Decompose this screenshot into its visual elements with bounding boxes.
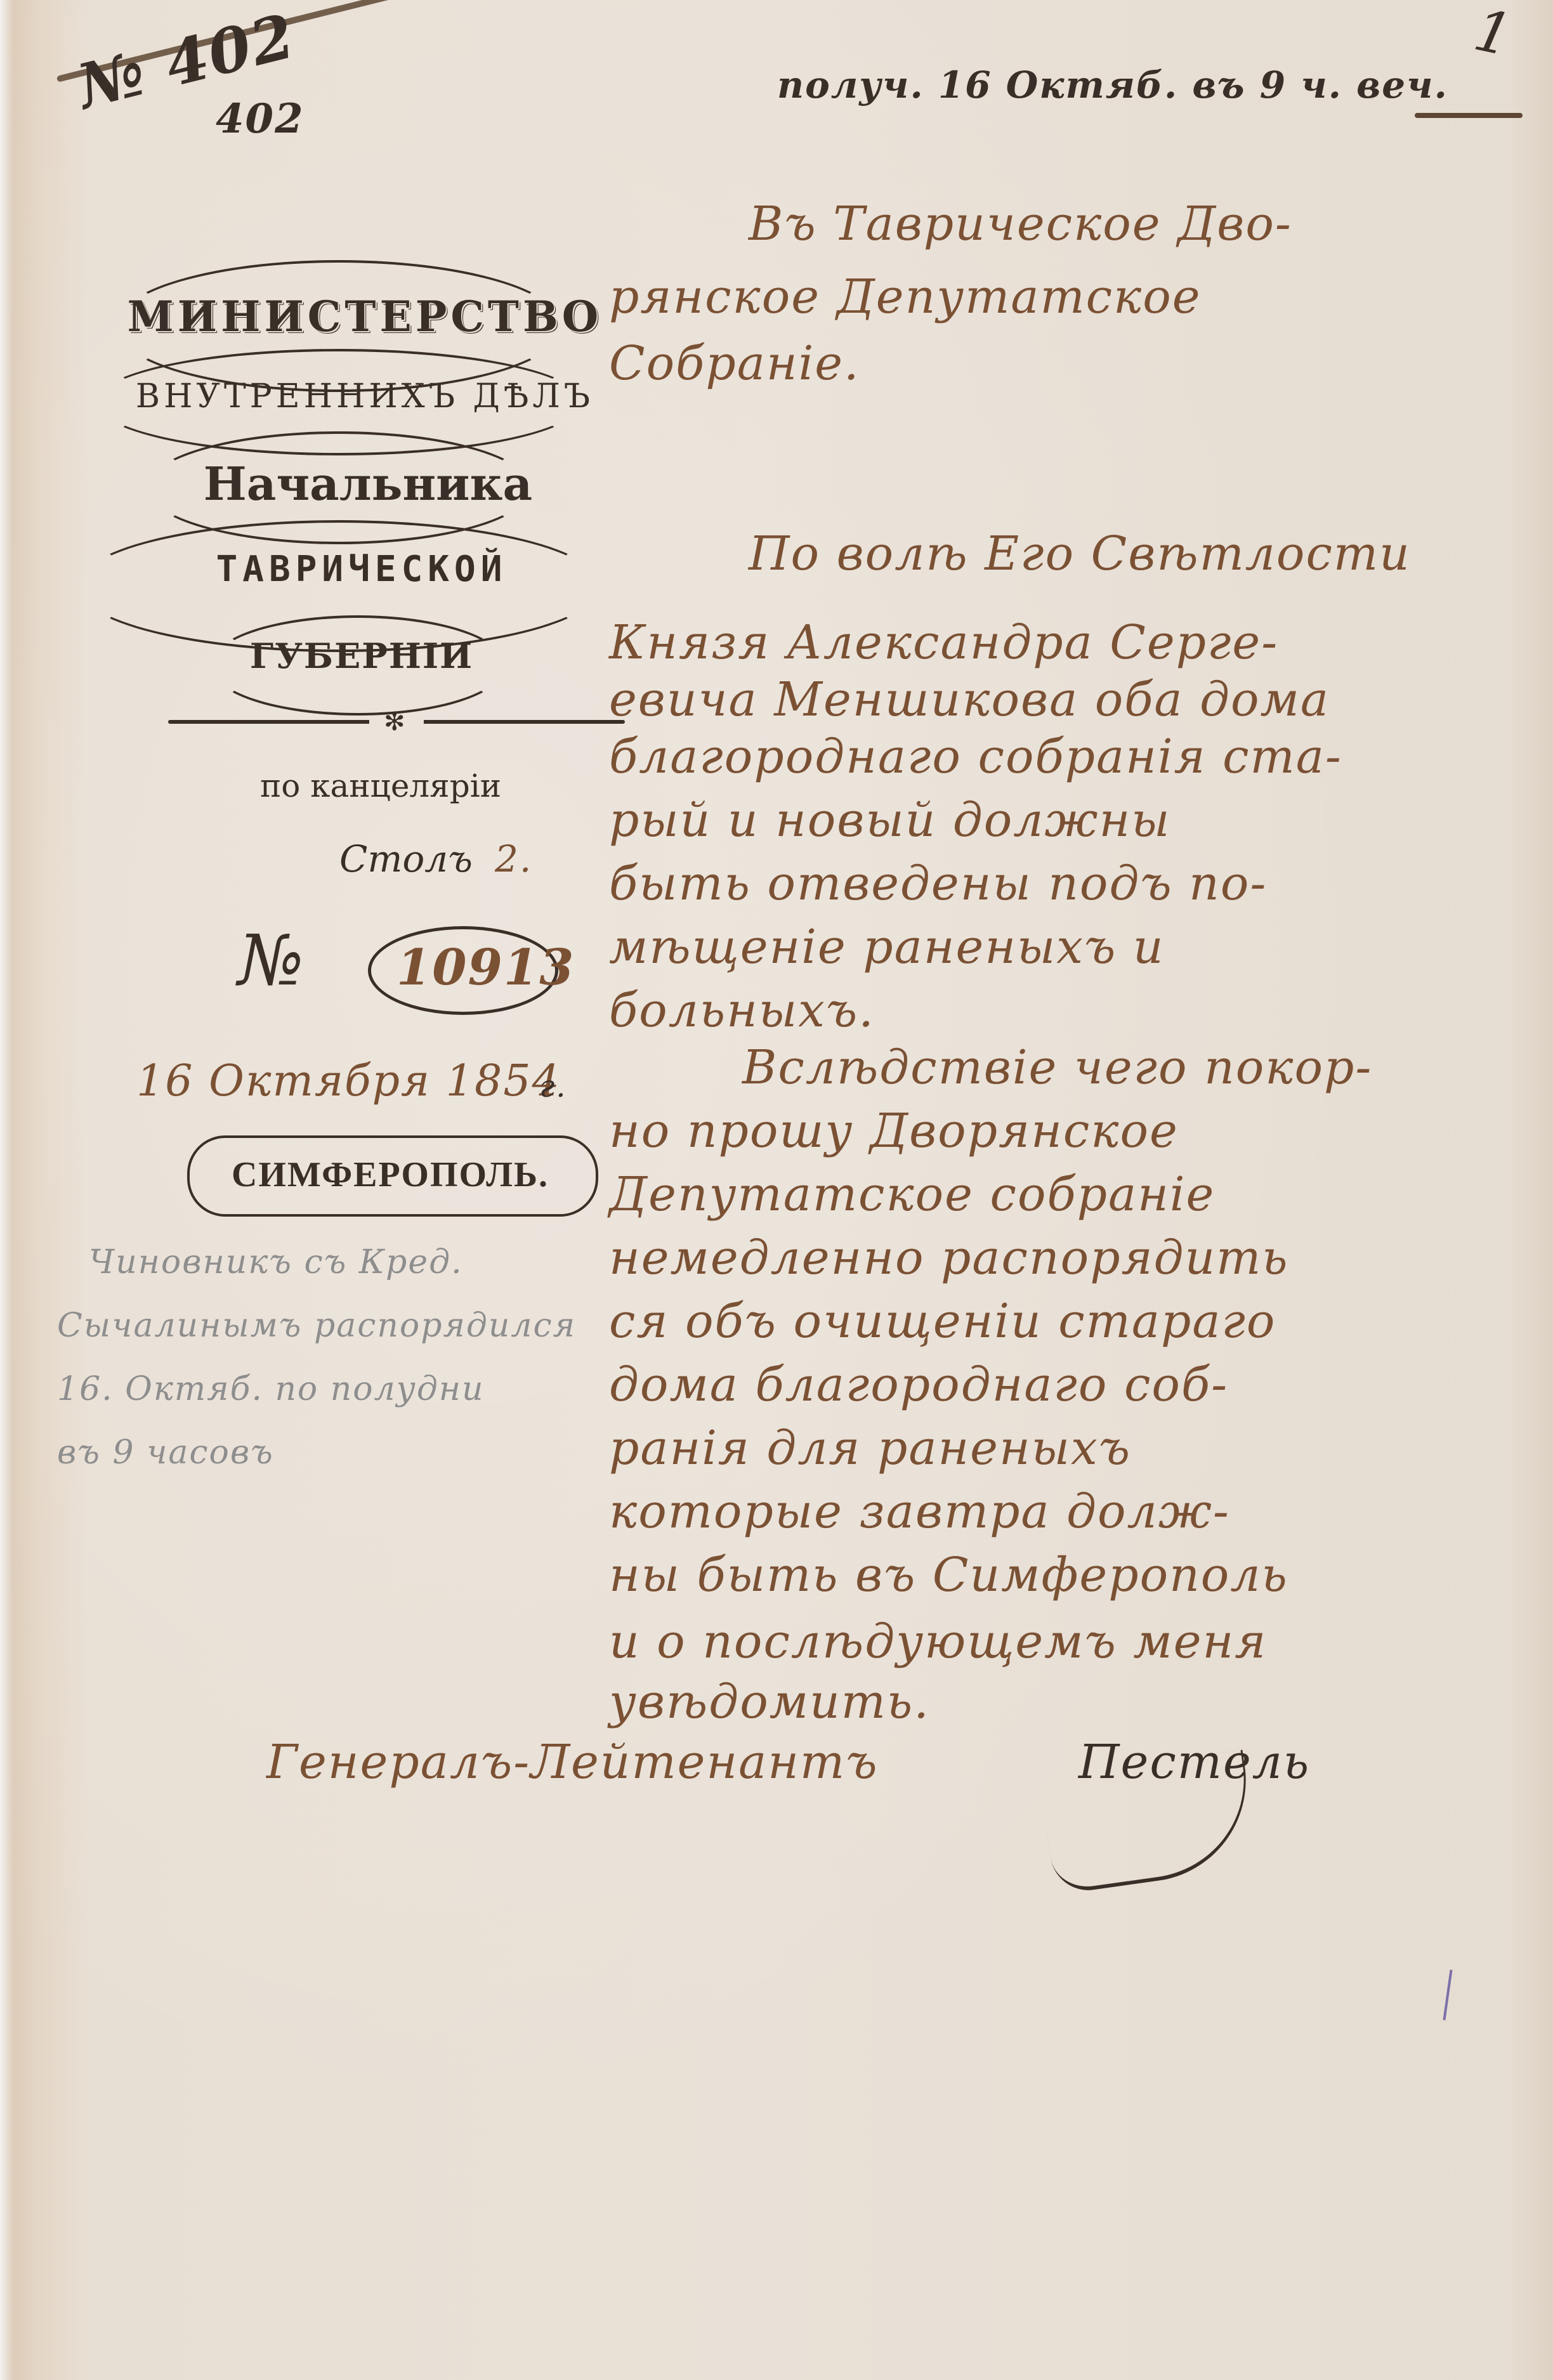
letterhead-date-suffix: г. (539, 1069, 567, 1104)
body-line: но прошу Дворянское (609, 1104, 1179, 1158)
body-line: дома благороднаго соб- (609, 1357, 1228, 1412)
body-line: увѣдомить. (609, 1675, 930, 1729)
address-line: рянское Депутатское (609, 270, 1202, 324)
body-line: Депутатское собраніе (609, 1167, 1215, 1222)
body-line: Князя Александра Серге- (609, 615, 1278, 670)
body-line: благороднаго собранія ста- (609, 729, 1342, 784)
body-line: евича Меншикова оба дома (609, 672, 1330, 727)
letterhead-number-label: № (238, 920, 304, 1001)
body-line: рый и новый должны (609, 793, 1171, 847)
page-binding-edge (0, 0, 14, 2380)
letterhead-office: по канцеляріи (203, 768, 558, 804)
body-line: По волѣ Его Свѣтлости (749, 526, 1411, 581)
letterhead: МИНИСТЕРСТВО ВНУТРЕННИХЪ ДѢЛЪ Начальника… (51, 101, 596, 1129)
letterhead-province: ГУБЕРНІИ (241, 636, 482, 676)
body-line: немедленно распорядить (609, 1231, 1289, 1285)
received-note: получ. 16 Октяб. въ 9 ч. веч. (777, 63, 1448, 107)
letterhead-region: ТАВРИЧЕСКОЙ (140, 549, 584, 590)
address-line: Собраніе. (609, 336, 860, 391)
body-line: которые завтра долж- (609, 1484, 1230, 1539)
divider-ornament-icon: ✻ (384, 707, 405, 736)
margin-note-line: въ 9 часовъ (57, 1434, 274, 1472)
margin-note-line: Сычалинымъ распорядился (57, 1307, 576, 1345)
address-line: Въ Таврическое Дво- (749, 197, 1292, 251)
body-line: мѣщеніе раненыхъ и (609, 920, 1165, 974)
letterhead-city: СИМФЕРОПОЛЬ. (197, 1154, 584, 1195)
letterhead-number-value: 10913 (396, 939, 575, 997)
margin-note-line: 16. Октяб. по полудни (57, 1370, 485, 1408)
signature-title: Генералъ-Лейтенантъ (266, 1735, 879, 1789)
body-line: Вслѣдствіе чего покор- (742, 1040, 1372, 1095)
body-line: быть отведены подъ по- (609, 856, 1267, 911)
letterhead-date: 16 Октября 1854 (136, 1056, 561, 1106)
margin-note-line: Чиновникъ съ Кред. (89, 1243, 463, 1281)
received-note-underline (1415, 113, 1523, 118)
letterhead-ministry-sub: ВНУТРЕННИХЪ ДѢЛЪ (124, 377, 606, 415)
letterhead-desk-value: 2. (495, 837, 532, 880)
letterhead-chief: Начальника (165, 457, 571, 511)
letterhead-ministry: МИНИСТЕРСТВО (124, 292, 606, 341)
body-line: и о послѣдующемъ меня (609, 1614, 1267, 1669)
body-line: ся объ очищеніи стараго (609, 1294, 1276, 1349)
body-line: ны быть въ Симферополь (609, 1548, 1288, 1602)
letterhead-desk-label: Столъ (339, 837, 473, 880)
body-line: ранія для раненыхъ (609, 1421, 1131, 1475)
body-line: больныхъ. (609, 983, 875, 1038)
